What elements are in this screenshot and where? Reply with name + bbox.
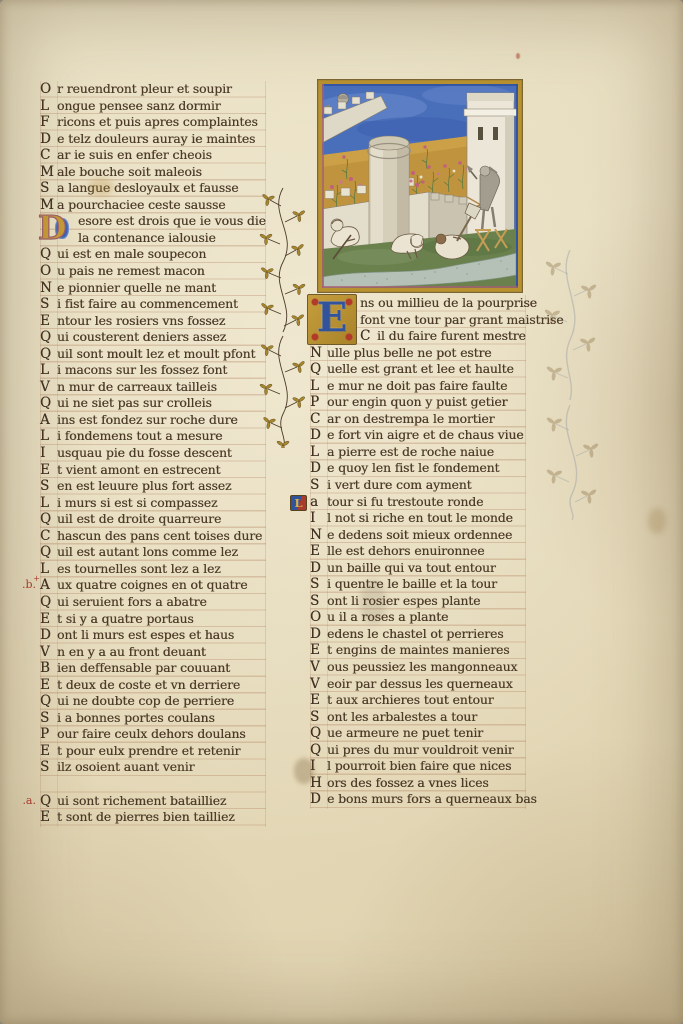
verse-line: Li murs si est si compassez — [40, 495, 266, 512]
versal-letter: P — [40, 726, 57, 743]
verse-text: i vert dure com ayment — [327, 477, 472, 494]
verse-text: our faire ceulx dehors doulans — [57, 726, 246, 743]
versal-letter: Q — [40, 246, 57, 263]
verse-text: ont li murs est espes et haus — [57, 627, 234, 644]
versal-letter: A — [40, 577, 57, 594]
versal-letter: L — [40, 362, 57, 379]
verse-text: t engins de maintes manieres — [327, 642, 510, 659]
verse-line: Veoir par dessus les querneaux — [310, 676, 526, 693]
verse-text: ue armeure ne puet tenir — [327, 725, 483, 742]
verse-line: Et si y a quatre portaus — [40, 611, 266, 628]
verse-text: ui seruient fors a abatre — [57, 594, 207, 611]
versal-letter: S — [40, 296, 57, 313]
versal-letter: N — [310, 527, 327, 544]
versal-letter: F — [40, 114, 57, 131]
verse-text: t si y a quatre portaus — [57, 611, 194, 628]
verse-text: r reuendront pleur et soupir — [57, 81, 232, 98]
red-speck — [516, 53, 520, 59]
versal-letter: D — [310, 791, 327, 808]
verse-line: Le mur ne doit pas faire faulte — [310, 378, 526, 395]
verse-line: Qui cousterent deniers assez — [40, 329, 266, 346]
verse-text: i quentre le baille et la tour — [327, 576, 497, 593]
miniature-building-the-castle-of-jealousy — [317, 79, 523, 293]
verse-line: La pierre est de roche naiue — [310, 444, 526, 461]
verse-text: hascun des pans cent toises dure — [57, 528, 262, 545]
verse-text: font vne tour par grant maistrise — [360, 312, 564, 329]
versal-letter: V — [40, 644, 57, 661]
verse-line: Ne dedens soit mieux ordennee — [310, 527, 526, 544]
verse-text: t vient amont en estrecent — [57, 462, 220, 479]
verse-line: Vn en y a au front deuant — [40, 644, 266, 661]
verse-line: .b.+Aux quatre coignes en ot quatre — [40, 577, 266, 594]
versal-letter: S — [310, 576, 327, 593]
versal-letter: C — [40, 147, 57, 164]
versal-letter: L — [310, 378, 327, 395]
champie-initial: L — [290, 495, 307, 511]
versal-letter: Q — [40, 793, 57, 810]
verse-line: Chascun des pans cent toises dure — [40, 528, 266, 545]
verse-line: Dont li murs est espes et haus — [40, 627, 266, 644]
left-text-column: D Or reuendront pleur et soupirLongue pe… — [40, 81, 266, 827]
versal-letter: E — [40, 809, 57, 826]
versal-letter: C — [360, 328, 377, 345]
verse-line: Latour si fu trestoute ronde — [310, 494, 526, 511]
verse-line: De fort vin aigre et de chaus viue — [310, 427, 526, 444]
verse-text: e dedens soit mieux ordennee — [327, 527, 512, 544]
verse-text: l pourroit bien faire que nices — [327, 758, 511, 775]
verse-line: Or reuendront pleur et soupir — [40, 81, 266, 98]
verse-line: .a.Qui sont richement batailliez — [40, 793, 266, 810]
verse-text: ntour les rosiers vns fossez — [57, 313, 225, 330]
versal-letter: C — [40, 528, 57, 545]
verse-line: Si a bonnes portes coulans — [40, 710, 266, 727]
versal-letter: Q — [40, 544, 57, 561]
verse-text: ui est en male soupecon — [57, 246, 206, 263]
versal-letter: N — [40, 280, 57, 297]
versal-letter: E — [310, 692, 327, 709]
verse-text: t deux de coste et vn derriere — [57, 677, 240, 694]
versal-letter: M — [40, 197, 57, 214]
versal-letter: L — [310, 444, 327, 461]
rubric-cross-mark: + — [33, 571, 40, 588]
verse-line: Nulle plus belle ne pot estre — [310, 345, 526, 362]
verse-text: ar on destrempa le mortier — [327, 411, 494, 428]
verse-text: i fist faire au commencement — [57, 296, 238, 313]
versal-letter: D — [310, 626, 327, 643]
marginal-rubric-letter: .a. — [12, 793, 36, 810]
versal-letter: C — [310, 411, 327, 428]
verse-text: tour si fu trestoute ronde — [327, 494, 483, 511]
versal-letter: I — [40, 445, 57, 462]
verse-line: Et vient amont en estrecent — [40, 462, 266, 479]
verse-text: il du faire furent mestre — [377, 328, 526, 345]
versal-letter: Q — [40, 395, 57, 412]
verse-text: n en y a au front deuant — [57, 644, 206, 661]
versal-letter: E — [40, 677, 57, 694]
verse-text: u il a roses a plante — [327, 609, 448, 626]
versal-letter: Q — [310, 725, 327, 742]
verse-text: en est leuure plus fort assez — [57, 478, 231, 495]
versal-letter: O — [40, 81, 57, 98]
verse-text: ale bouche soit maleois — [57, 164, 202, 181]
verse-line: Quelle est grant et lee et haulte — [310, 361, 526, 378]
versal-letter: Q — [40, 511, 57, 528]
verse-line: Sen est leuure plus fort assez — [40, 478, 266, 495]
verse-text: la contenance ialousie — [78, 230, 216, 247]
verse-line: Dun baille qui va tout entour — [310, 560, 526, 577]
verse-line: Sa langue desloyaulx et fausse — [40, 180, 266, 197]
verse-text: ont li rosier espes plante — [327, 593, 480, 610]
verse-text: ns ou millieu de la pourprise — [360, 295, 537, 312]
verse-line: Quil est de droite quarreure — [40, 511, 266, 528]
versal-letter: S — [310, 593, 327, 610]
verse-text: our engin quon y puist getier — [327, 394, 507, 411]
versal-letter: V — [310, 659, 327, 676]
verse-line: Et deux de coste et vn derriere — [40, 677, 266, 694]
verse-line: Silz osoient auant venir — [40, 759, 266, 776]
faint-silver-vine — [536, 250, 606, 520]
verse-text: a pourchaciee ceste sausse — [57, 197, 226, 214]
verse-text: t aux archieres tout entour — [327, 692, 494, 709]
verse-line: ns ou millieu de la pourprise — [310, 295, 526, 312]
versal-letter: S — [40, 759, 57, 776]
versal-letter: Q — [40, 594, 57, 611]
verse-line: Li macons sur les fossez font — [40, 362, 266, 379]
versal-letter: I — [310, 758, 327, 775]
verse-text: e quoy len fist le fondement — [327, 460, 499, 477]
verse-line: Et engins de maintes manieres — [310, 642, 526, 659]
verse-line: Et aux archieres tout entour — [310, 692, 526, 709]
verse-line: Iusquau pie du fosse descent — [40, 445, 266, 462]
verse-line: Qui seruient fors a abatre — [40, 594, 266, 611]
verse-line: De quoy len fist le fondement — [310, 460, 526, 477]
verse-text: lle est dehors enuironnee — [327, 543, 485, 560]
verse-line: De bons murs fors a querneaux bas — [310, 791, 526, 808]
verse-text: ricons et puis apres complaintes — [57, 114, 258, 131]
verse-line: Et pour eulx prendre et retenir — [40, 743, 266, 760]
versal-letter: L — [40, 428, 57, 445]
verse-text: ous peussiez les mangonneaux — [327, 659, 517, 676]
versal-letter: A — [40, 412, 57, 429]
verse-line: font vne tour par grant maistrise — [310, 312, 526, 329]
versal-letter: E — [40, 611, 57, 628]
verse-line: Il pourroit bien faire que nices — [310, 758, 526, 775]
versal-letter: E — [310, 642, 327, 659]
verse-text: eoir par dessus les querneaux — [327, 676, 513, 693]
verse-text: esore est drois que ie vous die — [78, 213, 266, 230]
versal-letter: Q — [310, 361, 327, 378]
versal-letter: Q — [40, 693, 57, 710]
verse-line: Bien deffensable par couuant — [40, 660, 266, 677]
versal-letter: Q — [310, 742, 327, 759]
versal-letter: S — [40, 710, 57, 727]
versal-letter: D — [310, 460, 327, 477]
verse-text: ongue pensee sanz dormir — [57, 98, 221, 115]
verse-line: Si fist faire au commencement — [40, 296, 266, 313]
verse-line: Longue pensee sanz dormir — [40, 98, 266, 115]
verse-text: uil est de droite quarreure — [57, 511, 221, 528]
versal-letter: Q — [40, 329, 57, 346]
verse-text: e bons murs fors a querneaux bas — [327, 791, 537, 808]
verse-line: Elle est dehors enuironnee — [310, 543, 526, 560]
versal-letter: L — [40, 98, 57, 115]
verse-line: Qui ne siet pas sur crolleis — [40, 395, 266, 412]
verse-line: Ma pourchaciee ceste sausse — [40, 197, 266, 214]
verse-text: ins est fondez sur roche dure — [57, 412, 238, 429]
versal-letter: E — [40, 743, 57, 760]
versal-letter: S — [310, 477, 327, 494]
verse-text: i macons sur les fossez font — [57, 362, 227, 379]
verse-text: ui ne doubte cop de perriere — [57, 693, 234, 710]
manuscript-page: D Or reuendront pleur et soupirLongue pe… — [0, 0, 683, 1024]
verse-text: uil est autant lons comme lez — [57, 544, 238, 561]
versal-letter: O — [40, 263, 57, 280]
versal-letter: Q — [40, 346, 57, 363]
verse-text: ilz osoient auant venir — [57, 759, 194, 776]
versal-letter: S — [40, 180, 57, 197]
miniature-illustration — [317, 79, 523, 293]
verse-text: usquau pie du fosse descent — [57, 445, 232, 462]
verse-text: e pionnier quelle ne mant — [57, 280, 216, 297]
verse-line: Qui pres du mur vouldroit venir — [310, 742, 526, 759]
verse-line: Et sont de pierres bien tailliez — [40, 809, 266, 826]
verse-text: ux quatre coignes en ot quatre — [57, 577, 247, 594]
verse-text: l not si riche en tout le monde — [327, 510, 513, 527]
verse-text: n mur de carreaux tailleis — [57, 379, 217, 396]
verse-text: ont les arbalestes a tour — [327, 709, 477, 726]
versal-letter: L — [40, 495, 57, 512]
versal-letter: M — [40, 164, 57, 181]
verse-line: Vn mur de carreaux tailleis — [40, 379, 266, 396]
verse-line: Entour les rosiers vns fossez — [40, 313, 266, 330]
verse-text: es tournelles sont lez a lez — [57, 561, 221, 578]
versal-letter: P — [310, 394, 327, 411]
verse-line: Quil sont moult lez et moult pfont — [40, 346, 266, 363]
verse-line: Ou pais ne remest macon — [40, 263, 266, 280]
versal-letter: a — [310, 494, 327, 511]
verse-line: Sont li rosier espes plante — [310, 593, 526, 610]
verse-text: ors des fossez a vnes lices — [327, 775, 489, 792]
verse-line: Male bouche soit maleois — [40, 164, 266, 181]
verse-text: u pais ne remest macon — [57, 263, 205, 280]
verse-line: Qui est en male soupecon — [40, 246, 266, 263]
versal-letter: N — [310, 345, 327, 362]
verse-line: Car ie suis en enfer cheois — [40, 147, 266, 164]
versal-letter: E — [40, 313, 57, 330]
verse-line: Fricons et puis apres complaintes — [40, 114, 266, 131]
verse-line: Sont les arbalestes a tour — [310, 709, 526, 726]
verse-text: i murs si est si compassez — [57, 495, 217, 512]
verse-line: De telz douleurs auray ie maintes — [40, 131, 266, 148]
versal-letter: I — [310, 510, 327, 527]
verse-text: e fort vin aigre et de chaus viue — [327, 427, 524, 444]
versal-letter: D — [310, 560, 327, 577]
versal-letter: B — [40, 660, 57, 677]
verse-text: uil sont moult lez et moult pfont — [57, 346, 255, 363]
verse-line: Pour faire ceulx dehors doulans — [40, 726, 266, 743]
verse-line: Il not si riche en tout le monde — [310, 510, 526, 527]
versal-letter: D — [310, 427, 327, 444]
verse-text: ulle plus belle ne pot estre — [327, 345, 492, 362]
versal-letter: V — [40, 379, 57, 396]
verse-line: la contenance ialousie — [40, 230, 266, 247]
verse-text: i fondemens tout a mesure — [57, 428, 222, 445]
verse-line: Ou il a roses a plante — [310, 609, 526, 626]
verse-text: ui ne siet pas sur crolleis — [57, 395, 212, 412]
stain — [648, 508, 666, 534]
versal-letter: D — [40, 131, 57, 148]
versal-letter: L — [40, 561, 57, 578]
verse-text: ui pres du mur vouldroit venir — [327, 742, 514, 759]
margin-vine-faint — [536, 250, 606, 524]
verse-text: t sont de pierres bien tailliez — [57, 809, 235, 826]
verse-text: un baille qui va tout entour — [327, 560, 496, 577]
verse-text: e telz douleurs auray ie maintes — [57, 131, 255, 148]
verse-line: Li fondemens tout a mesure — [40, 428, 266, 445]
verse-line: Car on destrempa le mortier — [310, 411, 526, 428]
right-text-column: E ns ou millieu de la pourprisefont vne … — [310, 295, 526, 809]
verse-text: e mur ne doit pas faire faulte — [327, 378, 507, 395]
versal-letter: O — [310, 609, 327, 626]
verse-text: t pour eulx prendre et retenir — [57, 743, 240, 760]
verse-text: edens le chastel ot perrieres — [327, 626, 504, 643]
verse-line: Quil est autant lons comme lez — [40, 544, 266, 561]
verse-text: ui cousterent deniers assez — [57, 329, 226, 346]
versal-letter: E — [310, 543, 327, 560]
verse-line: Vous peussiez les mangonneaux — [310, 659, 526, 676]
verse-line: Que armeure ne puet tenir — [310, 725, 526, 742]
verse-line: Dedens le chastel ot perrieres — [310, 626, 526, 643]
versal-letter: E — [40, 462, 57, 479]
versal-letter: S — [40, 478, 57, 495]
versal-letter: V — [310, 676, 327, 693]
verse-line: Les tournelles sont lez a lez — [40, 561, 266, 578]
verse-line: Si quentre le baille et la tour — [310, 576, 526, 593]
marginal-rubric-letter: .b.+ — [12, 577, 36, 594]
verse-line: esore est drois que ie vous die — [40, 213, 266, 230]
verse-text: ui sont richement batailliez — [57, 793, 226, 810]
verse-line: Ains est fondez sur roche dure — [40, 412, 266, 429]
versal-letter: H — [310, 775, 327, 792]
verse-text: a langue desloyaulx et fausse — [57, 180, 239, 197]
verse-text: ar ie suis en enfer cheois — [57, 147, 212, 164]
verse-line: Hors des fossez a vnes lices — [310, 775, 526, 792]
verse-line: Pour engin quon y puist getier — [310, 394, 526, 411]
verse-text: a pierre est de roche naiue — [327, 444, 494, 461]
verse-line: Cil du faire furent mestre — [310, 328, 526, 345]
versal-letter: D — [40, 627, 57, 644]
versal-letter: S — [310, 709, 327, 726]
verse-line: Ne pionnier quelle ne mant — [40, 280, 266, 297]
verse-line: Si vert dure com ayment — [310, 477, 526, 494]
verse-text: i a bonnes portes coulans — [57, 710, 215, 727]
verse-text: uelle est grant et lee et haulte — [327, 361, 514, 378]
verse-text: ien deffensable par couuant — [57, 660, 230, 677]
verse-line: Qui ne doubte cop de perriere — [40, 693, 266, 710]
